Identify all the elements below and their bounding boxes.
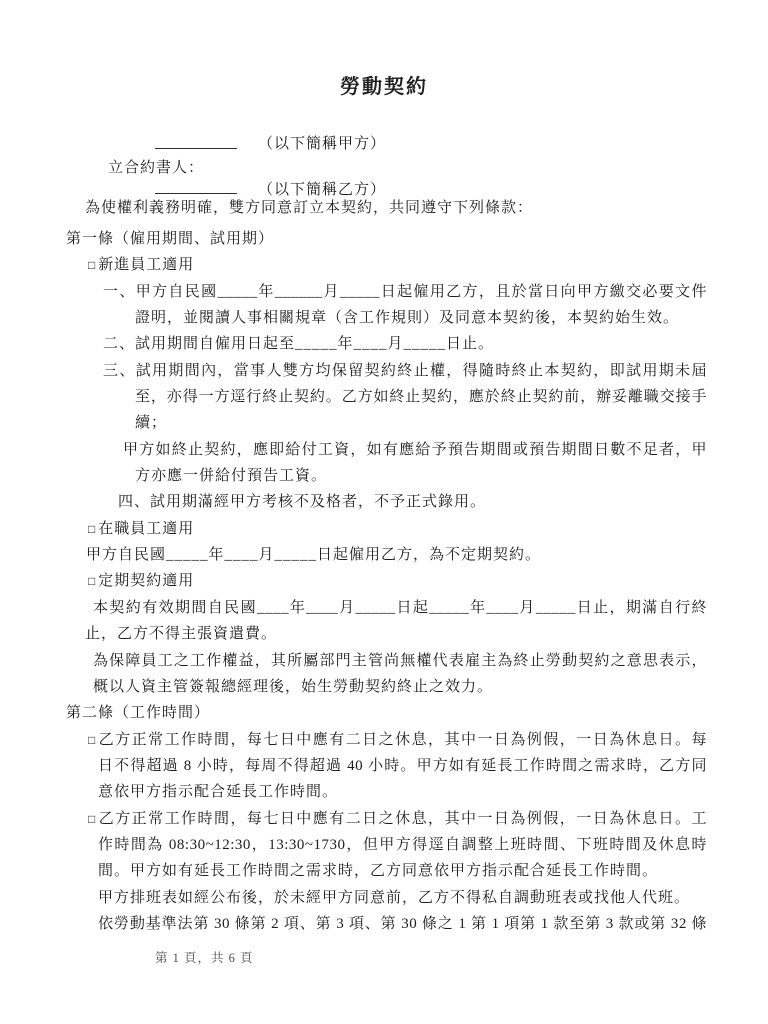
work-hours-option-1-text: 乙方正常工作時間，每七日中應有二日之休息，其中一日為例假，一日為休息日。每 xyxy=(99,732,707,748)
work-hours-option-1-line-1: □乙方正常工作時間，每七日中應有二日之休息，其中一日為例假，一日為休息日。每 xyxy=(66,727,707,753)
clause-new-employee: □新進員工適用 xyxy=(66,252,707,278)
clause-new-employee-label: 新進員工適用 xyxy=(98,257,194,273)
clause-fixed-term-line-1: 本契約有效期間自民國____年____月_____日起_____年____月__… xyxy=(66,595,707,621)
work-hours-option-2-text: 乙方正常工作時間，每七日中應有二日之休息，其中一日為例假，一日為休息日。工 xyxy=(99,811,707,827)
article-1-heading: 第一條（僱用期間、試用期） xyxy=(66,226,707,252)
work-hours-option-1-line-2: 日不得超過 8 小時，每周不得超過 40 小時。甲方如有延長工作時間之需求時，乙… xyxy=(66,753,707,779)
article-1-item-1-line-2: 證明，並閱讀人事相關規章（含工作規則）及同意本契約後，本契約始生效。 xyxy=(66,305,707,331)
article-1-item-1-line-1: 一、甲方自民國_____年______月_____日起僱用乙方，且於當日向甲方繳… xyxy=(66,279,707,305)
document-title: 勞動契約 xyxy=(0,70,768,99)
party-a-label: （以下簡稱甲方） xyxy=(258,132,386,153)
party-a-fill-in-blank xyxy=(155,148,237,149)
shift-schedule-clause: 甲方排班表如經公布後，於未經甲方同意前，乙方不得私自調動班表或找他人代班。 xyxy=(66,885,707,911)
article-2-heading: 第二條（工作時間） xyxy=(66,700,707,726)
work-hours-option-2-line-1: □乙方正常工作時間，每七日中應有二日之休息，其中一日為例假，一日為休息日。工 xyxy=(66,806,707,832)
article-1-item-3-line-5: 方亦應一併給付預告工資。 xyxy=(66,463,707,489)
work-hours-option-2-line-3: 間。甲方如有延長工作時間之需求時，乙方同意依甲方指示配合延長工作時間。 xyxy=(66,858,707,884)
contract-intro: 為使權利義務明確，雙方同意訂立本契約，共同遵守下列條款： xyxy=(85,196,533,217)
work-hours-option-1-line-3: 意依甲方指示配合延長工作時間。 xyxy=(66,779,707,805)
contract-document-page: 勞動契約 （以下簡稱甲方） 立合約書人： （以下簡稱乙方） 為使權利義務明確，雙… xyxy=(0,0,768,1024)
page-number-footer: 第 1 頁，共 6 頁 xyxy=(155,948,254,966)
article-1-item-3-line-4: 甲方如終止契約，應即給付工資，如有應給予預告期間或預告期間日數不足者，甲 xyxy=(66,437,707,463)
clause-current-employee-label: 在職員工適用 xyxy=(98,521,194,537)
contractor-label: 立合約書人： xyxy=(108,156,204,177)
clause-current-employee-text: 甲方自民國_____年____月_____日起僱用乙方，為不定期契約。 xyxy=(66,542,707,568)
termination-authority-line-2: 概以人資主管簽報總經理後，始生勞動契約終止之效力。 xyxy=(66,674,707,700)
labor-standards-act-reference: 依勞動基準法第 30 條第 2 項、第 3 項、第 30 條之 1 第 1 項第… xyxy=(66,911,707,937)
party-b-fill-in-blank xyxy=(155,193,237,194)
clause-fixed-term-label: 定期契約適用 xyxy=(98,573,194,589)
termination-authority-line-1: 為保障員工之工作權益，其所屬部門主管尚無權代表雇主為終止勞動契約之意思表示， xyxy=(66,648,707,674)
article-1-item-3-line-2: 至，亦得一方逕行終止契約。乙方如終止契約，應於終止契約前，辦妥離職交接手 xyxy=(66,384,707,410)
checkbox-icon: □ xyxy=(88,733,97,747)
checkbox-icon: □ xyxy=(88,522,96,536)
checkbox-icon: □ xyxy=(88,812,97,826)
article-1-item-3-line-1: 三、試用期間內，當事人雙方均保留契約終止權，得隨時終止本契約，即試用期未屆 xyxy=(66,358,707,384)
work-hours-option-2-line-2: 作時間為 08:30~12:30，13:30~1730，但甲方得逕自調整上班時間… xyxy=(66,832,707,858)
checkbox-icon: □ xyxy=(88,258,96,272)
clause-current-employee: □在職員工適用 xyxy=(66,516,707,542)
article-1-item-3-line-3: 續； xyxy=(66,410,707,436)
clause-fixed-term: □定期契約適用 xyxy=(66,568,707,594)
article-1-item-2: 二、試用期間自僱用日起至_____年____月_____日止。 xyxy=(66,331,707,357)
contract-body: 第一條（僱用期間、試用期） □新進員工適用 一、甲方自民國_____年_____… xyxy=(66,226,707,937)
checkbox-icon: □ xyxy=(88,574,96,588)
article-1-item-4: 四、試用期滿經甲方考核不及格者，不予正式錄用。 xyxy=(66,489,707,515)
clause-fixed-term-line-2: 止，乙方不得主張資遣費。 xyxy=(66,621,707,647)
